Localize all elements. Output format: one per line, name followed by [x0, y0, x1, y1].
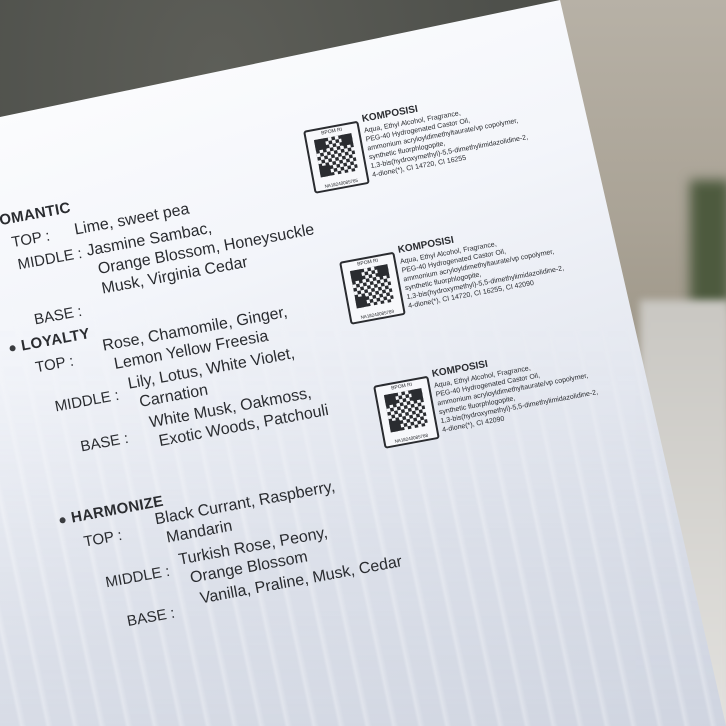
- bpom-qr-code[interactable]: BPOM RI NA18240085789: [339, 252, 406, 325]
- background-foliage: [690, 180, 726, 310]
- qr-code-icon: [350, 264, 394, 308]
- bpom-qr-code[interactable]: BPOM RI NA18240085765: [303, 121, 370, 194]
- qr-code-icon: [314, 133, 358, 177]
- qr-code-icon: [384, 388, 428, 432]
- bullet-icon: [59, 517, 66, 524]
- bpom-qr-code[interactable]: BPOM RI NA18240085768: [373, 376, 440, 449]
- bullet-icon: [9, 345, 16, 352]
